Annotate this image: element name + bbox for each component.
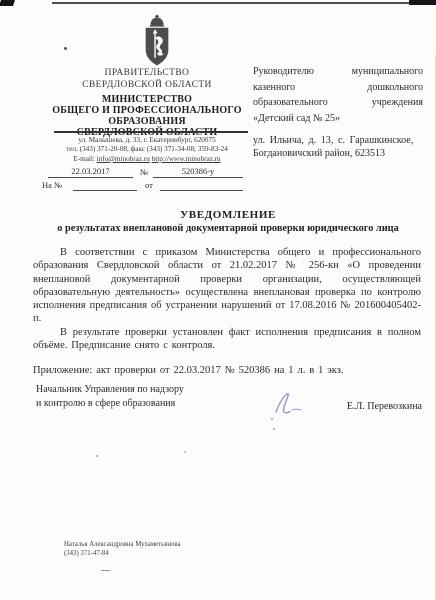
scan-artifact-dash [101, 570, 110, 571]
ministry-phone-fax: тел. (343) 371-20-08, факс (343) 371-34-… [34, 145, 260, 154]
signatory-position-line: Начальник Управления по надзору [36, 383, 422, 397]
ministry-street-address: ул. Малышева, д. 33, г. Екатеринбург, 62… [34, 136, 260, 145]
government-name: ПРАВИТЕЛЬСТВО СВЕРДЛОВСКОЙ ОБЛАСТИ [46, 68, 248, 91]
scan-speck [184, 451, 186, 453]
ot-label: от [145, 180, 153, 190]
attachment-line: Приложение: акт проверки от 22.03.2017 №… [33, 364, 421, 377]
coat-of-arms-icon [140, 13, 174, 67]
recipient-block: Руководителю муниципального казенного до… [253, 64, 423, 160]
reference-row-outgoing: 22.03.2017 № 520386-у [42, 166, 248, 179]
email-text: info@minobraz.ru [97, 155, 150, 163]
letter-title: УВЕДОМЛЕНИЕ [36, 209, 420, 221]
executor-name: Наталья Александровна Мухаметьянова [64, 541, 181, 550]
recipient-address: ул. Ильича, д. 13, с. Гарашкинское, Богд… [253, 135, 423, 160]
recipient-word: дошкольного [367, 80, 423, 96]
reference-block: 22.03.2017 № 520386-у На № от [42, 166, 248, 192]
body-paragraph-1: В соответствии с приказом Министерства о… [33, 246, 421, 326]
scan-artifact-top-left [0, 0, 15, 6]
recipient-address-line: Богдановичский район, 623513 [253, 148, 423, 161]
letter-date: 22.03.2017 [48, 166, 133, 178]
executor-phone: (343) 371-47-84 [64, 550, 181, 559]
incoming-date-blank [160, 179, 243, 191]
scanned-letter-page: ПРАВИТЕЛЬСТВО СВЕРДЛОВСКОЙ ОБЛАСТИ МИНИС… [0, 0, 436, 600]
letter-body: В соответствии с приказом Министерства о… [33, 246, 421, 378]
signature-block: Начальник Управления по надзору и контро… [36, 383, 422, 410]
ministry-line: МИНИСТЕРСТВО [46, 94, 248, 105]
executor-block: Наталья Александровна Мухаметьянова (343… [64, 541, 181, 559]
letterhead-divider [54, 131, 248, 133]
recipient-word: Руководителю [253, 64, 314, 80]
government-line: ПРАВИТЕЛЬСТВО [46, 68, 248, 80]
recipient-word: казенного [253, 80, 295, 96]
recipient-line: Руководителю муниципального [253, 64, 423, 80]
recipient-word: муниципального [352, 64, 423, 80]
na-number-label: На № [42, 180, 62, 190]
handwritten-signature-icon [266, 389, 314, 417]
scan-speck [271, 418, 273, 420]
scan-speck [64, 47, 67, 50]
recipient-address-line: ул. Ильича, д. 13, с. Гарашкинское, [253, 135, 423, 148]
ministry-address-block: ул. Малышева, д. 33, г. Екатеринбург, 62… [34, 136, 260, 164]
recipient-org-name: «Детский сад № 25» [253, 111, 423, 127]
ministry-line: ОБРАЗОВАНИЯ [46, 116, 248, 127]
scan-artifact-top-right [409, 0, 436, 5]
email-label: E-mail: [73, 155, 95, 163]
scan-artifact-top-line [52, 2, 434, 4]
recipient-line: казенного дошкольного [253, 80, 423, 96]
recipient-word: учреждения [372, 95, 423, 111]
signatory-name: Е.Л. Перевозкина [347, 400, 422, 414]
outgoing-number: 520386-у [153, 166, 243, 178]
incoming-number-blank [73, 179, 137, 191]
ministry-line: ОБЩЕГО И ПРОФЕССИОНАЛЬНОГО [46, 105, 248, 116]
recipient-word: образовательного [253, 95, 328, 111]
recipient-line: образовательного учреждения [253, 95, 423, 111]
body-paragraph-2: В результате проверки установлен факт ис… [33, 326, 421, 353]
letter-title-block: УВЕДОМЛЕНИЕ о результатах внеплановой до… [36, 209, 420, 234]
scan-speck [273, 428, 275, 430]
letter-subtitle: о результатах внеплановой документарной … [36, 223, 420, 234]
ministry-email-line: E-mail: info@minobraz.ru http://www.mino… [34, 155, 260, 164]
reference-row-incoming: На № от [42, 179, 248, 192]
number-sign-label: № [140, 167, 148, 177]
website-text: http://www.minobraz.ru [152, 155, 221, 163]
government-line: СВЕРДЛОВСКОЙ ОБЛАСТИ [46, 80, 248, 92]
scan-speck [96, 455, 98, 457]
